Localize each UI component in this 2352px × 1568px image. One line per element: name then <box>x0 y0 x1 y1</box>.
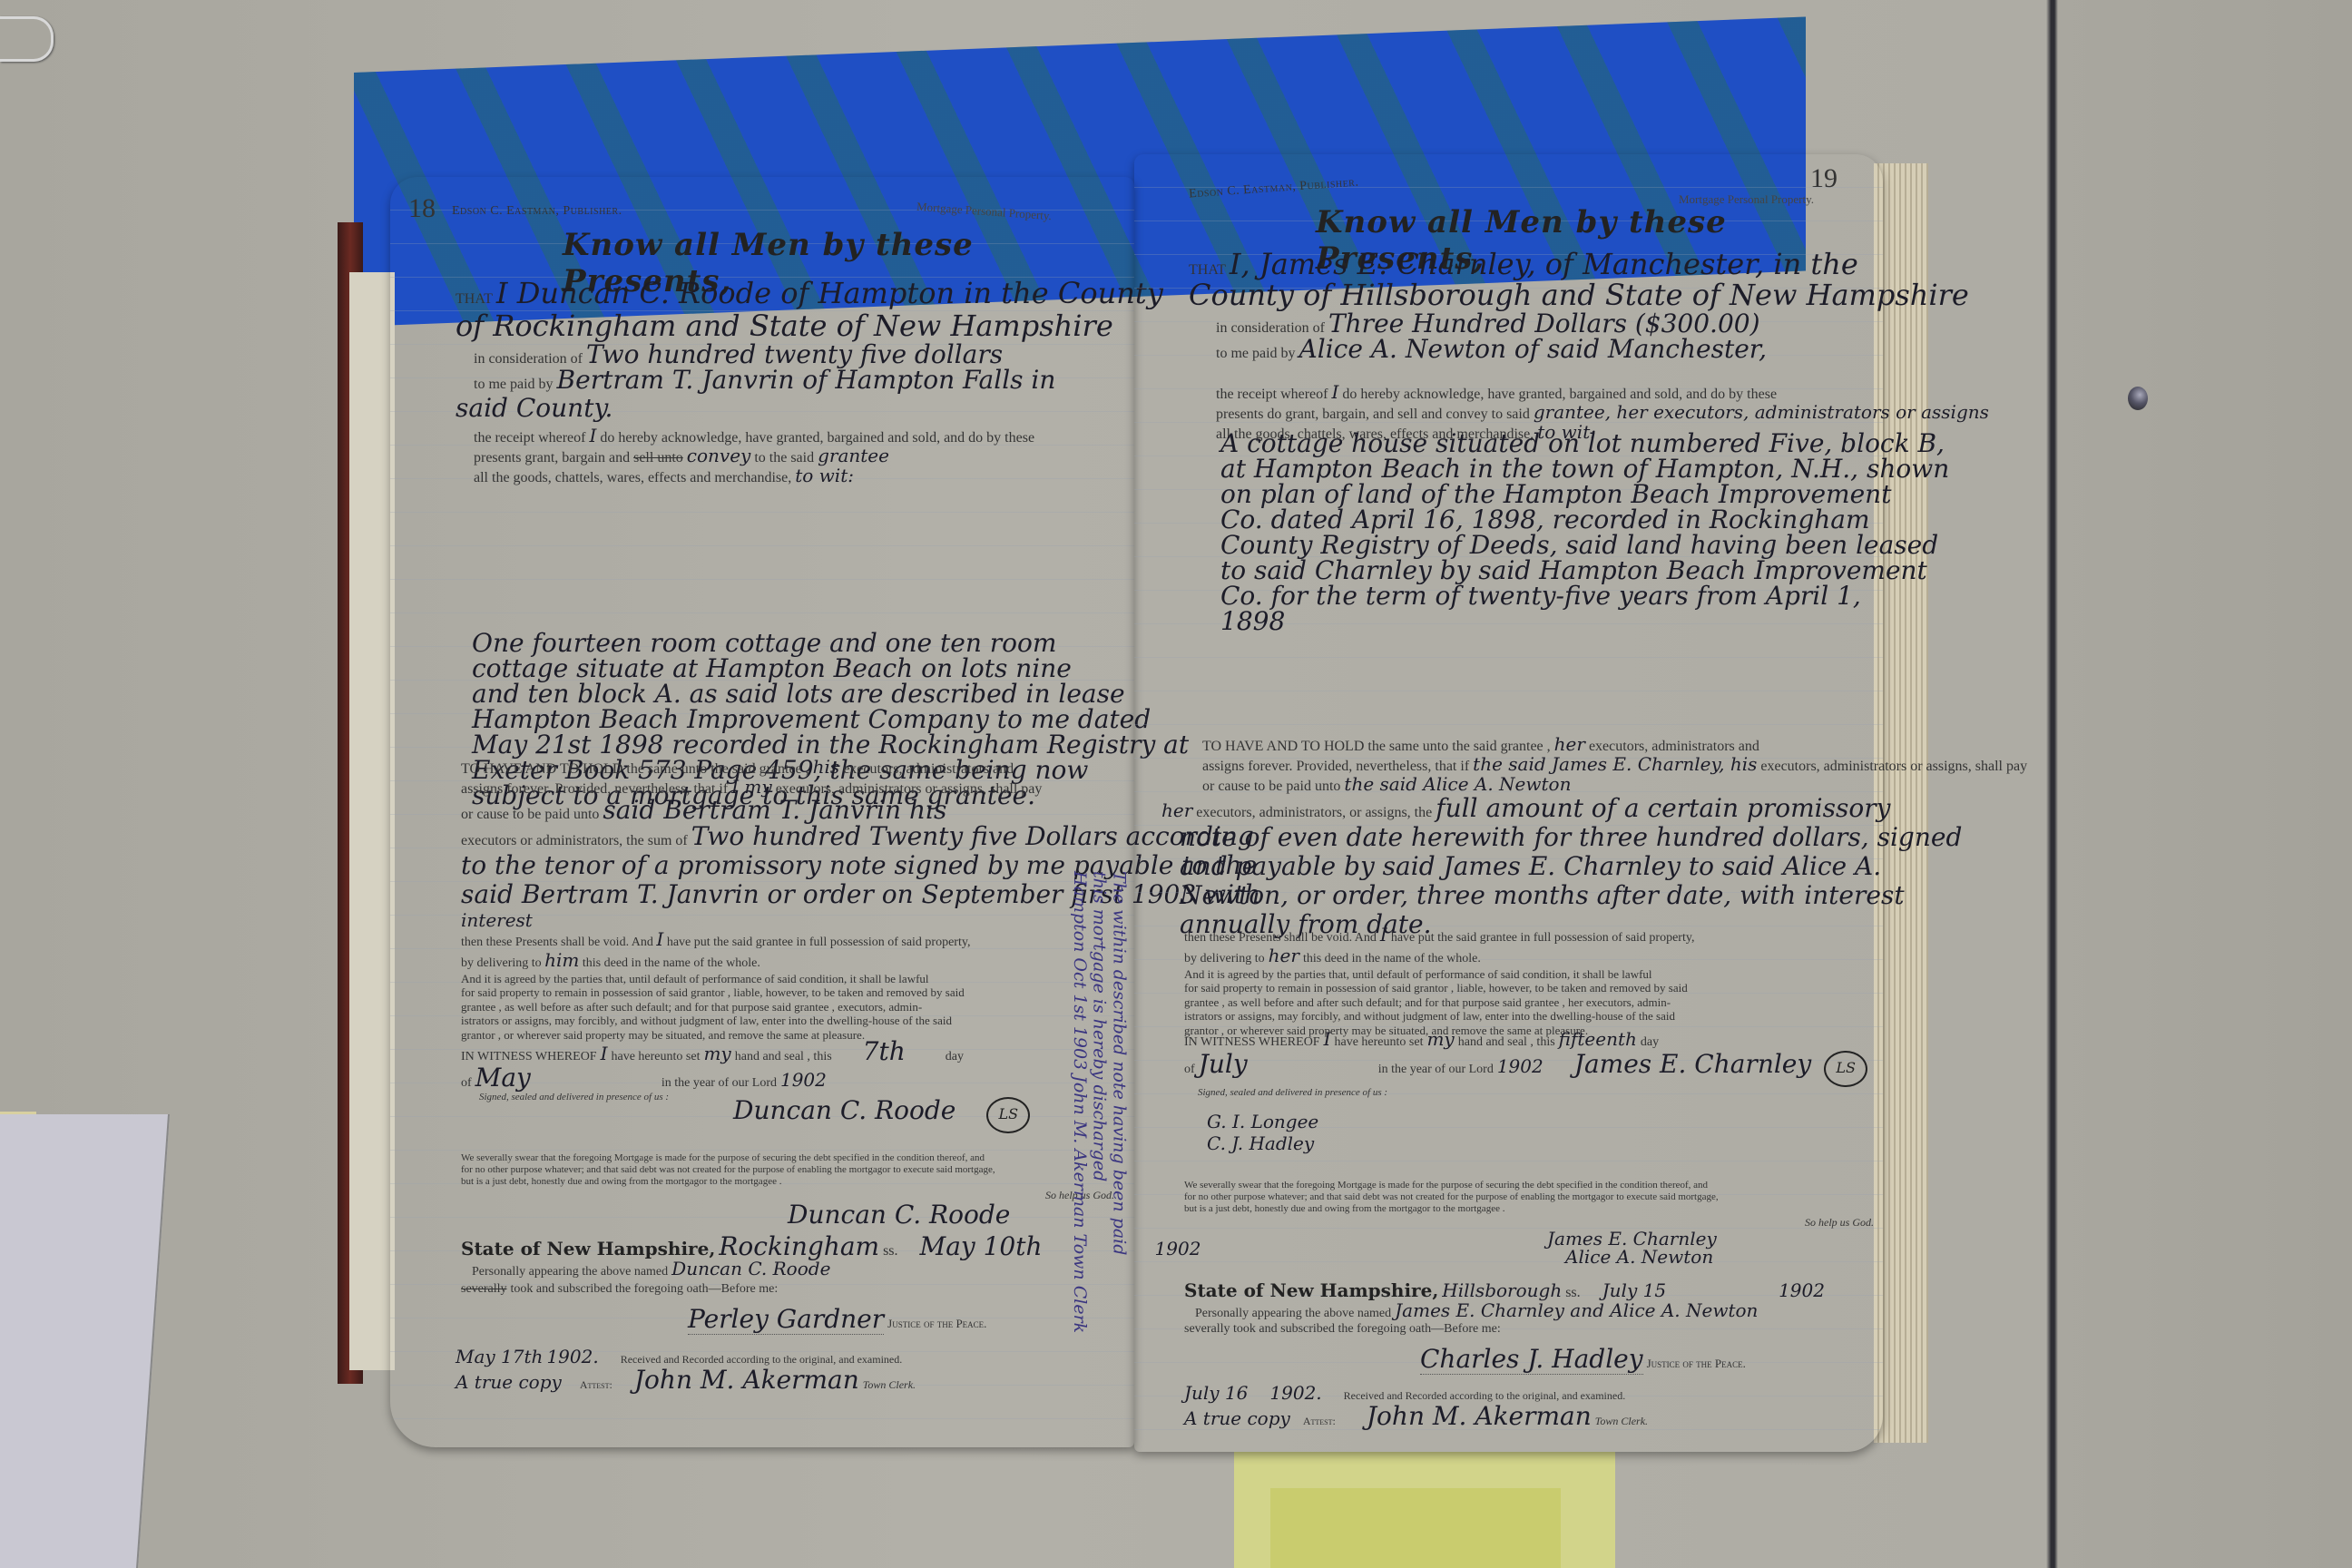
seal-mark: LS <box>986 1097 1030 1133</box>
sticky-note <box>1270 1488 1561 1568</box>
grantor-line: I Duncan C. Roode of Hampton in the Coun… <box>496 276 1163 310</box>
grantor-signature: Duncan C. Roode <box>733 1095 955 1125</box>
white-paper-sheet <box>0 1114 170 1568</box>
witness-signature: G. I. Longee <box>1207 1112 1874 1131</box>
note-terms-line: Newton, or order, three months after dat… <box>1180 883 1869 908</box>
appearing-name: James E. Charnley and Alice A. Newton <box>1395 1299 1758 1321</box>
recording-section: July 16 1902. Received and Recorded acco… <box>1184 1384 1874 1429</box>
witness-year: 1902 <box>1497 1055 1543 1077</box>
appearing-label: Personally appearing the above named <box>472 1265 668 1279</box>
attest-label: Attest: <box>580 1378 612 1391</box>
witness-day: fifteenth <box>1559 1028 1637 1050</box>
habendum-section: TO HAVE AND TO HOLD the same unto the sa… <box>461 758 1114 929</box>
habendum-hand: her <box>1161 799 1192 821</box>
habendum-hand: her <box>1554 733 1585 755</box>
justice-label: Justice of the Peace. <box>887 1317 986 1330</box>
receipt-who: I <box>1331 381 1338 403</box>
signed-label: Signed, sealed and delivered in presence… <box>1198 1087 1874 1098</box>
presents-text: presents do grant, bargain, and sell and… <box>1216 407 1530 422</box>
right-page: 19 Edson C. Eastman, Publisher. Mortgage… <box>1134 154 1883 1452</box>
recording-date: May 17th <box>456 1346 543 1367</box>
grantee-words: grantee, her executors, administrators o… <box>1534 401 1989 423</box>
oath-line: We severally swear that the foregoing Mo… <box>461 1152 1114 1164</box>
witness-month: May <box>475 1063 531 1093</box>
conditions-text: have put the said grantee in full posses… <box>667 936 971 949</box>
took-label: took and subscribed the foregoing oath—B… <box>511 1282 779 1296</box>
left-page: 18 Edson C. Eastman, Publisher. Mortgage… <box>390 177 1134 1447</box>
witness-text: hand and seal , this <box>1458 1035 1555 1049</box>
note-terms-line: note of even date herewith for three hun… <box>1180 825 1869 850</box>
witness-label: IN WITNESS WHEREOF <box>461 1050 597 1063</box>
struck-text: severally <box>461 1282 507 1296</box>
appearing-label: Personally appearing the above named <box>1195 1307 1391 1320</box>
clerk-label: Town Clerk. <box>863 1378 916 1391</box>
recording-section: May 17th 1902. Received and Recorded acc… <box>456 1347 1109 1393</box>
oath-signature: Alice A. Newton <box>1565 1248 1874 1266</box>
conditions-text: by delivering to <box>1184 952 1265 965</box>
habendum-text: executors, administrators and <box>843 761 1014 777</box>
ss-label: ss. <box>1565 1285 1580 1300</box>
habendum-text: assigns forever. Provided, nevertheless,… <box>1202 759 1469 774</box>
description-line: cottage situate at Hampton Beach on lots… <box>472 656 1189 681</box>
conditions-hand: I <box>1380 924 1387 946</box>
ack-date: July 15 <box>1602 1279 1666 1301</box>
witness-text: have hereunto set <box>612 1050 701 1063</box>
receipt-label: the receipt whereof <box>1216 387 1328 402</box>
justice-signature: Perley Gardner <box>688 1304 884 1335</box>
margin-note-line: Hampton Oct 1st 1903 John M. Akerman <box>1070 871 1090 1228</box>
grantor-signature: James E. Charnley <box>1574 1049 1811 1079</box>
agreed-line: for said property to remain in possessio… <box>1184 981 1874 995</box>
description-line: at Hampton Beach in the town of Hampton,… <box>1220 456 1949 482</box>
habendum-text: TO HAVE AND TO HOLD the same unto the sa… <box>461 761 809 777</box>
publisher-header: Edson C. Eastman, Publisher. <box>452 204 622 219</box>
day-label: day <box>946 1050 964 1063</box>
publisher-header: Edson C. Eastman, Publisher. <box>1189 175 1359 201</box>
agreed-line: grantee , as well before and after such … <box>1184 995 1874 1010</box>
conditions-text: by delivering to <box>461 956 542 970</box>
note-terms-line: interest <box>461 911 1114 929</box>
goods-text: all the goods, chattels, wares, effects … <box>474 470 791 485</box>
county-name: Rockingham <box>719 1231 879 1261</box>
recording-year: 1902. <box>1269 1382 1321 1404</box>
agreed-line: istrators or assigns, may forcibly, and … <box>461 1014 1114 1028</box>
paid-by-name: Alice A. Newton of said Manchester, <box>1299 334 1767 364</box>
conditions-hand: him <box>544 949 579 971</box>
wall-pin <box>2128 387 2148 410</box>
description-line: to said Charnley by said Hampton Beach I… <box>1220 558 1949 583</box>
that-label: THAT <box>1189 262 1226 278</box>
state-label: State of New Hampshire, <box>461 1238 715 1259</box>
description-line: A cottage house situated on lot numbered… <box>1220 431 1949 456</box>
habendum-text: executors, administrators or assigns, sh… <box>1760 759 2027 774</box>
paid-by-label: to me paid by <box>474 377 554 392</box>
oath-section: We severally swear that the foregoing Mo… <box>1184 1180 1874 1266</box>
receipt-who: I <box>589 425 596 446</box>
true-copy: A true copy <box>456 1371 562 1393</box>
witness-month: July <box>1199 1049 1248 1079</box>
year-label: in the year of our Lord <box>1378 1063 1494 1076</box>
grant-section: THAT I Duncan C. Roode of Hampton in the… <box>456 279 1127 486</box>
habendum-text: or cause to be paid unto <box>1202 779 1340 794</box>
description-line: One fourteen room cottage and one ten ro… <box>472 631 1189 656</box>
habendum-text: or cause to be paid unto <box>461 807 599 822</box>
conditions-text: this deed in the name of the whole. <box>1303 952 1481 965</box>
year-label: in the year of our Lord <box>661 1076 777 1090</box>
ack-date: May 10th <box>920 1231 1043 1261</box>
true-copy: A true copy <box>1184 1407 1290 1429</box>
to-wit: to wit: <box>795 465 854 486</box>
page-number: 19 <box>1810 163 1837 194</box>
description-line: and ten block A. as said lots are descri… <box>472 681 1189 707</box>
grantor-line: County of Hillsborough and State of New … <box>1189 280 1878 309</box>
so-help-us-god: So help us God. <box>1184 1216 1874 1230</box>
habendum-text: executors, administrators and <box>1589 739 1759 754</box>
conditions-text: then these Presents shall be void. And <box>1184 931 1377 945</box>
margin-note-line: Town Clerk <box>1070 1234 1090 1334</box>
paid-by-name: Bertram T. Janvrin of Hampton Falls in <box>557 365 1056 395</box>
witness-day: 7th <box>863 1036 906 1066</box>
conditions-section: then these Presents shall be void. And I… <box>1184 926 1874 1038</box>
conditions-section: then these Presents shall be void. And I… <box>461 930 1114 1043</box>
clerk-label: Town Clerk. <box>1595 1415 1648 1427</box>
discharge-margin-note: The within described note having been pa… <box>1069 871 1129 1416</box>
note-terms-line: to the tenor of a promissory note signed… <box>461 853 1114 878</box>
clerk-signature: John M. Akerman <box>1367 1401 1592 1431</box>
received-label: Received and Recorded according to the o… <box>1344 1389 1626 1402</box>
description-line: Co. dated April 16, 1898, recorded in Ro… <box>1220 507 1949 533</box>
oath-signature: Duncan C. Roode <box>788 1202 1114 1228</box>
to-said-label: to the said <box>754 450 814 465</box>
county-name: Hillsborough <box>1442 1279 1562 1301</box>
justice-signature: Charles J. Hadley <box>1420 1344 1643 1375</box>
witness-who: I <box>1324 1028 1331 1050</box>
grantee-word: grantee <box>818 445 889 466</box>
oath-line: for no other purpose whatever; and that … <box>461 1164 1114 1176</box>
habendum-text: TO HAVE AND TO HOLD the same unto the sa… <box>1202 739 1551 754</box>
grantor-line: of Rockingham and State of New Hampshire <box>456 311 1127 340</box>
witness-whose: my <box>703 1043 730 1064</box>
day-label: day <box>1641 1035 1659 1049</box>
state-label: State of New Hampshire, <box>1184 1279 1438 1301</box>
conditions-text: this deed in the name of the whole. <box>583 956 760 970</box>
oath-line: for no other purpose whatever; and that … <box>1184 1191 1874 1203</box>
acknowledgment-section: State of New Hampshire, Rockingham ss. M… <box>461 1234 1114 1332</box>
page-number: 18 <box>408 193 436 224</box>
description-line: Hampton Beach Improvement Company to me … <box>472 707 1189 732</box>
binder-clip <box>0 16 54 62</box>
conditions-hand: her <box>1269 945 1299 966</box>
seal-mark: LS <box>1824 1051 1867 1087</box>
attest-label: Attest: <box>1303 1415 1336 1427</box>
margin-note-line: The within described note having been pa… <box>1110 871 1130 1255</box>
agreed-line: for said property to remain in possessio… <box>461 985 1114 1000</box>
description-line: May 21st 1898 recorded in the Rockingham… <box>472 732 1189 758</box>
form-type-header: Mortgage Personal Property. <box>916 200 1053 223</box>
margin-note-line: this mortgage is hereby discharged <box>1090 871 1110 1181</box>
witness-whose: my <box>1426 1028 1454 1050</box>
description-line: 1898 <box>1220 609 1949 634</box>
of-label: of <box>461 1076 472 1090</box>
struck-text: sell unto <box>633 450 683 465</box>
agreed-line: And it is agreed by the parties that, un… <box>461 972 1114 986</box>
took-label: severally took and subscribed the forego… <box>1184 1322 1874 1338</box>
witness-text: have hereunto set <box>1335 1035 1424 1049</box>
habendum-hand: his <box>813 756 840 778</box>
oath-signature: James E. Charnley <box>1547 1230 1874 1248</box>
agreed-line: And it is agreed by the parties that, un… <box>1184 967 1874 982</box>
received-label: Received and Recorded according to the o… <box>621 1353 903 1366</box>
inserted-word: convey <box>687 445 751 466</box>
receipt-text: do hereby acknowledge, have granted, bar… <box>1342 387 1777 402</box>
oath-section: We severally swear that the foregoing Mo… <box>461 1152 1114 1228</box>
agreed-line: istrators or assigns, may forcibly, and … <box>1184 1009 1874 1024</box>
property-description: A cottage house situated on lot numbered… <box>1220 431 1949 634</box>
description-line: Co. for the term of twenty-five years fr… <box>1220 583 1949 609</box>
conditions-hand: I <box>656 928 663 950</box>
of-label: of <box>1184 1063 1195 1076</box>
conditions-text: have put the said grantee in full posses… <box>1391 931 1695 945</box>
description-line: County Registry of Deeds, said land havi… <box>1220 533 1949 558</box>
habendum-text: executors, administrators, or assigns, t… <box>1196 805 1432 820</box>
conditions-text: then these Presents shall be void. And <box>461 936 653 949</box>
that-label: THAT <box>456 291 493 307</box>
paid-by-label: to me paid by <box>1216 346 1296 361</box>
grantor-line: I, James E. Charnley, of Manchester, in … <box>1230 247 1858 281</box>
oath-line: We severally swear that the foregoing Mo… <box>1184 1180 1874 1191</box>
oath-line: but is a just debt, honestly due and owi… <box>1184 1203 1874 1215</box>
paid-by-continuation: said County. <box>456 396 1127 421</box>
clerk-signature: John M. Akerman <box>634 1365 859 1395</box>
page-edges-left <box>349 272 395 1370</box>
presents-text: presents grant, bargain and <box>474 450 630 465</box>
witness-text: hand and seal , this <box>735 1050 832 1063</box>
witness-signature: C. J. Hadley <box>1207 1134 1874 1152</box>
habendum-section: TO HAVE AND TO HOLD the same unto the sa… <box>1161 735 1869 937</box>
witness-section: IN WITNESS WHEREOF I have hereunto set m… <box>1184 1030 1874 1152</box>
ack-year: 1902 <box>1779 1279 1825 1301</box>
sum-amount: full amount of a certain promissory <box>1436 793 1890 823</box>
receipt-text: do hereby acknowledge, have granted, bar… <box>600 430 1034 446</box>
witness-who: I <box>601 1043 608 1064</box>
acknowledgment-section: State of New Hampshire, Hillsborough ss.… <box>1184 1279 1874 1372</box>
description-line: on plan of land of the Hampton Beach Imp… <box>1220 482 1949 507</box>
witness-year: 1902 <box>780 1069 827 1091</box>
receipt-label: the receipt whereof <box>474 430 585 446</box>
appearing-name: Duncan C. Roode <box>671 1258 830 1279</box>
note-terms-line: and payable by said James E. Charnley to… <box>1180 854 1869 879</box>
grant-section: THAT I, James E. Charnley, of Manchester… <box>1189 250 1878 443</box>
habendum-hand: the said James E. Charnley, his <box>1473 753 1757 775</box>
witness-section: IN WITNESS WHEREOF I have hereunto set m… <box>461 1039 1114 1133</box>
justice-label: Justice of the Peace. <box>1647 1357 1746 1370</box>
note-terms-line: said Bertram T. Janvrin or order on Sept… <box>461 882 1114 907</box>
ss-label: ss. <box>883 1243 897 1259</box>
witness-label: IN WITNESS WHEREOF <box>1184 1035 1320 1049</box>
habendum-text: executors or administrators, the sum of <box>461 833 688 848</box>
oath-line: but is a just debt, honestly due and owi… <box>461 1176 1114 1188</box>
recording-year: 1902. <box>546 1346 598 1367</box>
recording-date: July 16 <box>1184 1382 1248 1404</box>
agreed-line: grantee , as well before as after such d… <box>461 1000 1114 1014</box>
